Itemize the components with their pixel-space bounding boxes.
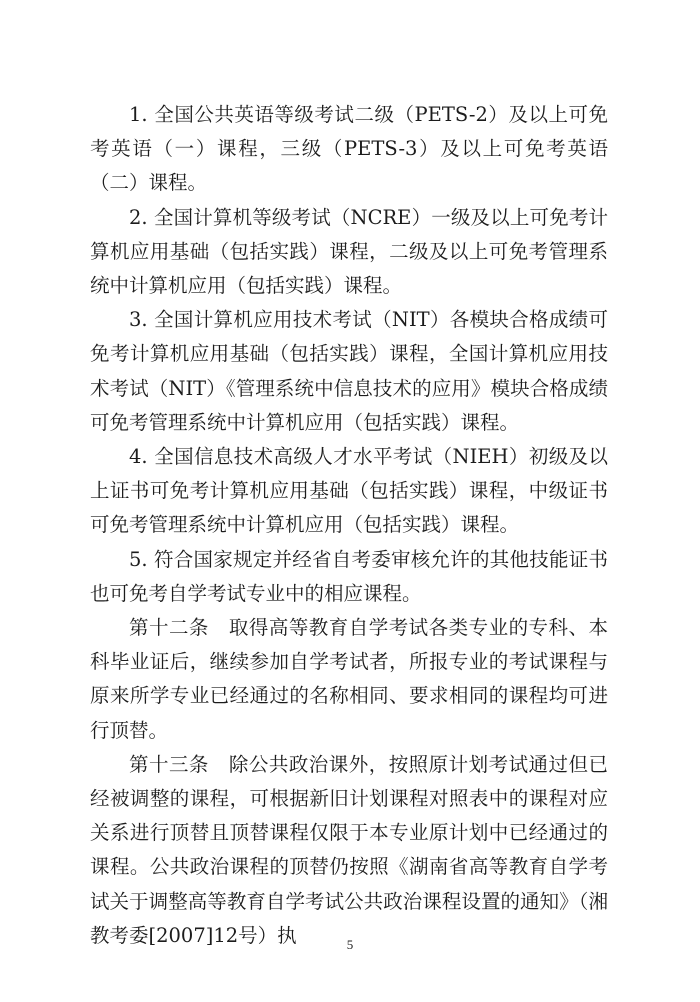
- paragraph-item-4: 4. 全国信息技术高级人才水平考试（NIEH）初级及以上证书可免考计算机应用基础…: [90, 440, 608, 543]
- document-body: 1. 全国公共英语等级考试二级（PETS-2）及以上可免考英语（一）课程，三级（…: [90, 98, 608, 953]
- page-number: 5: [0, 937, 700, 953]
- paragraph-item-1: 1. 全国公共英语等级考试二级（PETS-2）及以上可免考英语（一）课程，三级（…: [90, 98, 608, 201]
- paragraph-item-3: 3. 全国计算机应用技术考试（NIT）各模块合格成绩可免考计算机应用基础（包括实…: [90, 303, 608, 440]
- paragraph-item-2: 2. 全国计算机等级考试（NCRE）一级及以上可免考计算机应用基础（包括实践）课…: [90, 201, 608, 304]
- article-13: 第十三条 除公共政治课外，按照原计划考试通过但已经被调整的课程，可根据新旧计划课…: [90, 748, 608, 953]
- paragraph-item-5: 5. 符合国家规定并经省自考委审核允许的其他技能证书也可免考自学考试专业中的相应…: [90, 543, 608, 611]
- article-12: 第十二条 取得高等教育自学考试各类专业的专科、本科毕业证后，继续参加自学考试者，…: [90, 611, 608, 748]
